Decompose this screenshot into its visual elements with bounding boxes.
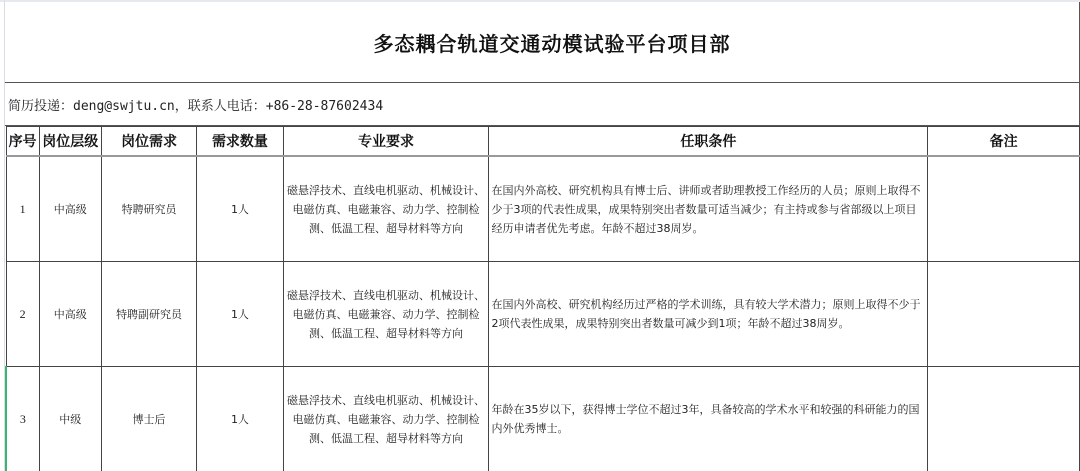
header-count[interactable]: 需求数量: [197, 127, 283, 157]
cell-index[interactable]: 2: [6, 262, 39, 367]
cell-conditions[interactable]: 年龄在35岁以下，获得博士学位不超过3年，具备较高的学术水平和较强的科研能力的国…: [489, 367, 928, 471]
table-row: 1 中高级 特聘研究员 1人 磁悬浮技术、直线电机驱动、机械设计、电磁仿真、电磁…: [6, 156, 1080, 262]
cell-count[interactable]: 1人: [197, 156, 283, 262]
page-title: 多态耦合轨道交通动模试验平台项目部: [374, 28, 731, 57]
header-index[interactable]: 序号: [6, 127, 39, 157]
cell-remarks[interactable]: [928, 262, 1080, 367]
cell-count[interactable]: 1人: [197, 262, 283, 367]
cell-position[interactable]: 博士后: [101, 367, 196, 471]
contact-cell[interactable]: 简历投递：deng@swjtu.cn，联系人电话：+86-28-87602434: [5, 83, 1080, 126]
positions-table: 序号 岗位层级 岗位需求 需求数量 专业要求 任职条件 备注 1 中高级 特聘研…: [5, 126, 1080, 471]
cell-level[interactable]: 中高级: [39, 262, 101, 367]
cell-conditions[interactable]: 在国内外高校、研究机构经历过严格的学术训练，具有较大学术潜力；原则上取得不少于2…: [489, 262, 928, 367]
cell-count[interactable]: 1人: [197, 367, 283, 471]
header-row: 序号 岗位层级 岗位需求 需求数量 专业要求 任职条件 备注: [6, 127, 1080, 157]
header-conditions[interactable]: 任职条件: [489, 127, 928, 157]
cell-major[interactable]: 磁悬浮技术、直线电机驱动、机械设计、电磁仿真、电磁兼容、动力学、控制检测、低温工…: [283, 262, 489, 367]
cell-level[interactable]: 中级: [39, 367, 101, 471]
table-row: 2 中高级 特聘副研究员 1人 磁悬浮技术、直线电机驱动、机械设计、电磁仿真、电…: [6, 262, 1080, 367]
table-row: 3 中级 博士后 1人 磁悬浮技术、直线电机驱动、机械设计、电磁仿真、电磁兼容、…: [6, 367, 1080, 471]
cell-conditions[interactable]: 在国内外高校、研究机构具有博士后、讲师或者助理教授工作经历的人员；原则上取得不少…: [489, 156, 928, 262]
cell-index[interactable]: 1: [6, 156, 39, 262]
cell-major[interactable]: 磁悬浮技术、直线电机驱动、机械设计、电磁仿真、电磁兼容、动力学、控制检测、低温工…: [283, 156, 489, 262]
header-level[interactable]: 岗位层级: [39, 127, 101, 157]
title-cell[interactable]: 多态耦合轨道交通动模试验平台项目部: [5, 2, 1080, 83]
contact-info: 简历投递：deng@swjtu.cn，联系人电话：+86-28-87602434: [5, 95, 383, 114]
cell-major[interactable]: 磁悬浮技术、直线电机驱动、机械设计、电磁仿真、电磁兼容、动力学、控制检测、低温工…: [283, 367, 489, 471]
cell-index[interactable]: 3: [6, 367, 39, 471]
cell-remarks[interactable]: [928, 367, 1080, 471]
header-major[interactable]: 专业要求: [283, 127, 489, 157]
header-position[interactable]: 岗位需求: [101, 127, 196, 157]
cell-remarks[interactable]: [928, 156, 1080, 262]
cell-position[interactable]: 特聘研究员: [101, 156, 196, 262]
cell-position[interactable]: 特聘副研究员: [101, 262, 196, 367]
header-remarks[interactable]: 备注: [928, 127, 1080, 157]
cell-level[interactable]: 中高级: [39, 156, 101, 262]
